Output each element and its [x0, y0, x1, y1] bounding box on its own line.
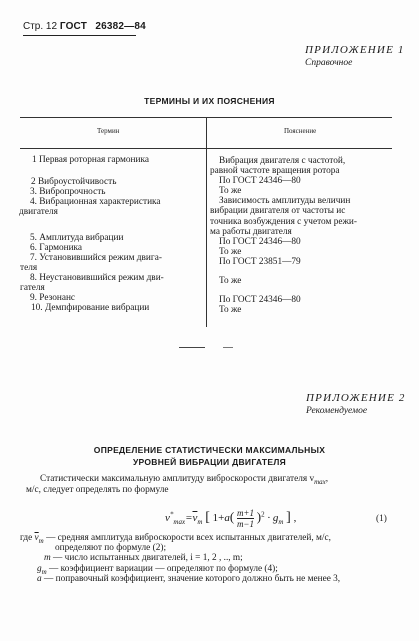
header-rule — [23, 35, 136, 36]
page-header: Стр. 12 ГОСТ 26382—84 — [23, 21, 146, 32]
term-9: 9. Резонанс — [30, 293, 75, 303]
explanation-10: То же — [219, 305, 241, 315]
explanation-7: По ГОСТ 23851—79 — [219, 257, 301, 267]
legend-a: a — поправочный коэффициент, значение ко… — [37, 574, 340, 585]
column-header-explanation: Пояснение — [284, 127, 316, 135]
explanation-1-line-1: Вибрация двигателя с частотой, — [219, 156, 345, 166]
legend-a-symbol: a — [37, 574, 42, 584]
explanation-9: По ГОСТ 24346—80 — [219, 295, 301, 305]
legend-vm-cont: определяют по формуле (2); — [55, 543, 166, 554]
page-number: Стр. 12 — [23, 21, 57, 32]
appendix-1-title: ПРИЛОЖЕНИЕ 1 — [305, 44, 405, 56]
legend-vm-text: — средняя амплитуда виброскорости всех и… — [46, 533, 331, 543]
explanation-4-line-2: вибрации двигателя от частоты ис — [210, 206, 357, 216]
legend-gm-text: — коэффициент вариации — определяют по ф… — [49, 564, 278, 574]
explanation-4-line-1: Зависимость амплитуды величин — [219, 196, 357, 206]
legend-m-text: — число испытанных двигателей, i = 1, 2 … — [53, 553, 243, 563]
appendix-2-heading-line-2: УРОВНЕЙ ВИБРАЦИИ ДВИГАТЕЛЯ — [0, 457, 419, 467]
term-10: 10. Демпфирование вибрации — [31, 303, 149, 313]
appendix-2-heading-line-1: ОПРЕДЕЛЕНИЕ СТАТИСТИЧЕСКИ МАКСИМАЛЬНЫХ — [0, 445, 419, 455]
term-8-line-1: 8. Неустановившийся режим дви- — [30, 273, 164, 283]
explanation-1: Вибрация двигателя с частотой, равной ча… — [210, 156, 345, 177]
intro-line-2: м/с, следует определять по формуле — [26, 485, 168, 496]
intro-subscript: max — [314, 478, 326, 486]
term-2: 2 Виброустойчивость — [31, 177, 116, 187]
legend-a-text: — поправочный коэффициент, значение кото… — [44, 574, 340, 584]
appendix-2-title: ПРИЛОЖЕНИЕ 2 — [306, 392, 406, 404]
term-7: 7. Установившийся режим двига- теля — [30, 253, 162, 274]
section-separator-short — [223, 347, 233, 348]
legend-gm-symbol: gm — [37, 564, 47, 574]
appendix-1-heading: ТЕРМИНЫ И ИХ ПОЯСНЕНИЯ — [0, 96, 419, 106]
table-column-divider — [206, 117, 207, 327]
explanation-4-line-4: ма работы двигателя — [210, 227, 357, 237]
standard-number: 26382—84 — [95, 21, 146, 32]
term-6: 6. Гармоника — [30, 243, 82, 253]
term-4-line-2: двигателя — [19, 207, 161, 217]
intro-text: Статистически максимальную амплитуду виб… — [40, 474, 314, 484]
legend-m-symbol: m — [44, 553, 51, 563]
appendix-2-subtitle: Рекомендуемое — [306, 406, 367, 416]
explanation-6: То же — [219, 247, 241, 257]
appendix-1-subtitle: Справочное — [305, 58, 352, 68]
term-4: 4. Вибрационная характеристика двигателя — [30, 197, 161, 218]
explanation-4-line-3: точника возбуждения с учетом режи- — [210, 217, 357, 227]
term-3: 3. Вибропрочность — [30, 187, 106, 197]
column-header-term: Термин — [97, 127, 119, 135]
standard-label: ГОСТ — [60, 21, 87, 32]
term-7-line-1: 7. Установившийся режим двига- — [30, 253, 162, 263]
formula-number: (1) — [376, 514, 387, 525]
term-1: 1 Первая роторная гармоника — [32, 155, 149, 165]
term-4-line-1: 4. Вибрационная характеристика — [30, 197, 161, 207]
term-8: 8. Неустановившийся режим дви- гателя — [30, 273, 164, 294]
formula-1: v*max=vm [ 1+a( m+1 m−1 )2 · gm ] , — [165, 508, 296, 529]
explanation-2: По ГОСТ 24346—80 — [219, 176, 301, 186]
explanation-4: Зависимость амплитуды величин вибрации д… — [210, 196, 357, 237]
explanation-5: По ГОСТ 24346—80 — [219, 237, 301, 247]
explanation-8: То же — [219, 276, 241, 286]
formula-lhs: v*max=vm — [165, 512, 202, 524]
term-5: 5. Амплитуда вибрации — [30, 233, 123, 243]
section-separator-long — [179, 347, 205, 348]
legend-m: m — число испытанных двигателей, i = 1, … — [44, 553, 243, 564]
explanation-3: То же — [219, 186, 241, 196]
